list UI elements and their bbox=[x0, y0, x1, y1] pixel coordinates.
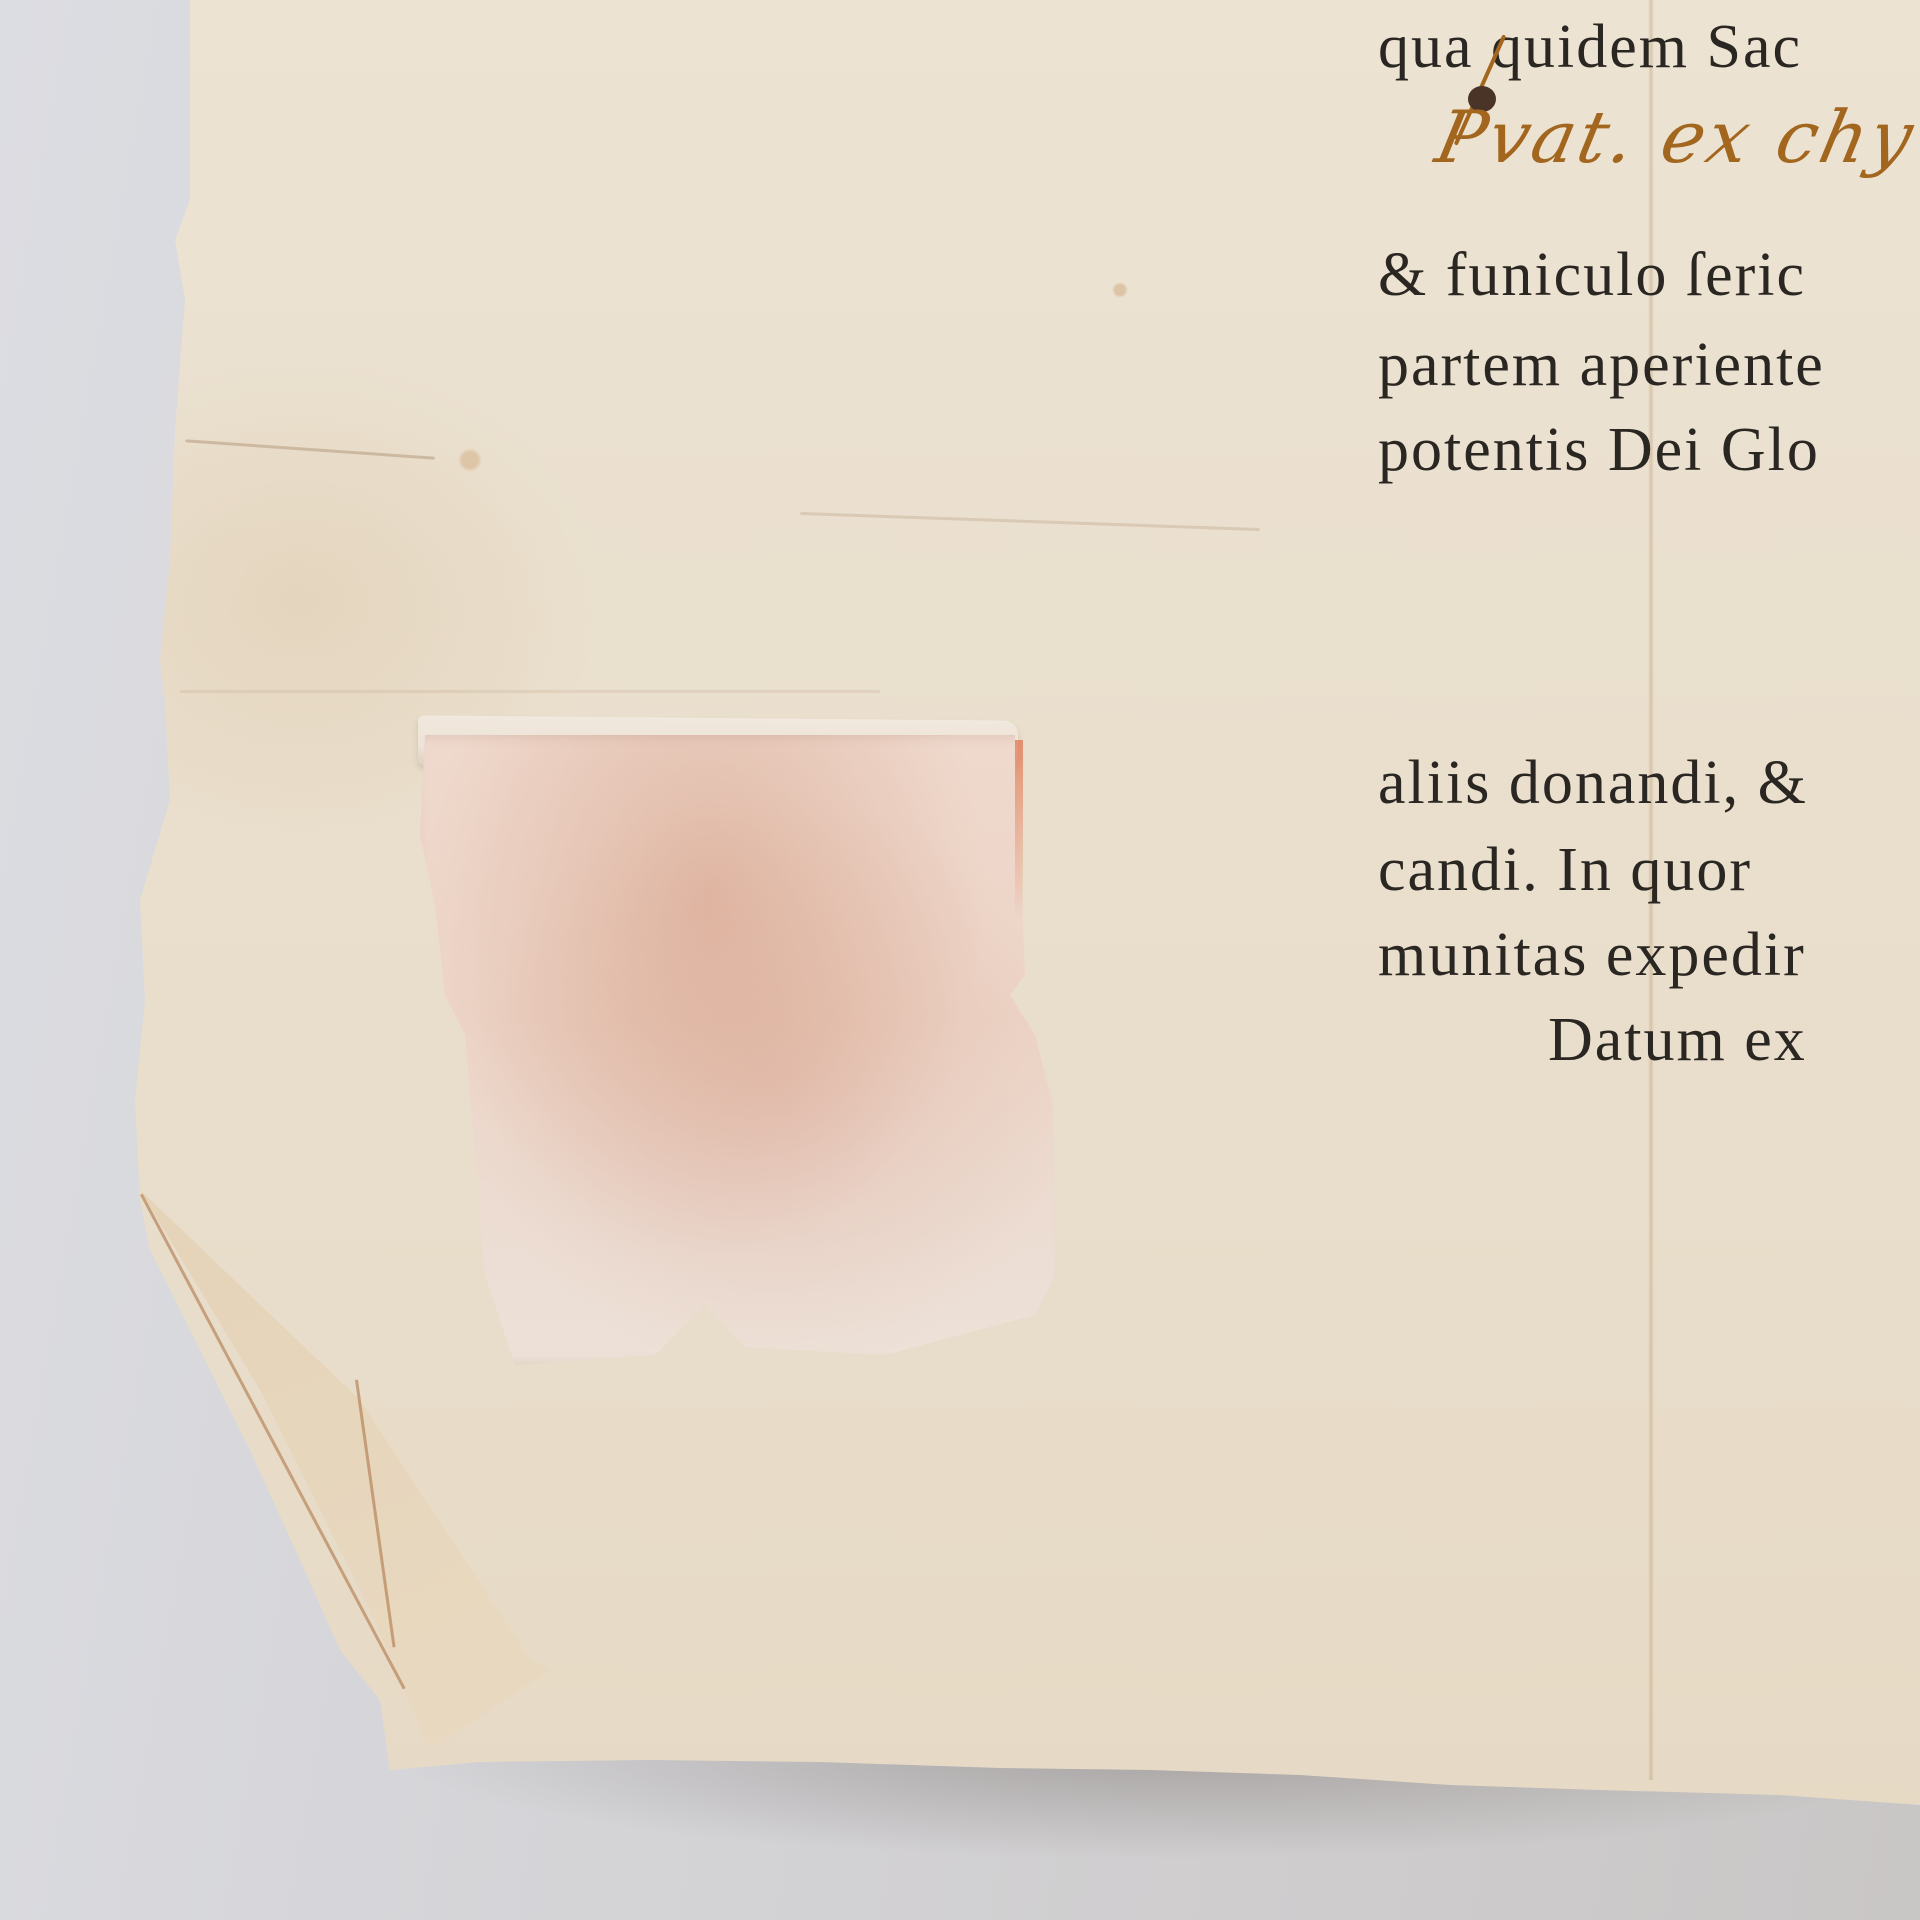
document-paper: qua quidem Sac & funiculo ſeric partem a… bbox=[0, 0, 1920, 1920]
crease-upper bbox=[185, 439, 435, 459]
red-wax-trace bbox=[1015, 740, 1023, 920]
crease-middle bbox=[800, 512, 1260, 531]
text-line: candi. In quor bbox=[1378, 835, 1752, 906]
handwritten-annotation: Pvat. ex chy bbox=[1429, 95, 1920, 179]
text-line: potentis Dei Glo bbox=[1378, 415, 1820, 486]
paper-seal bbox=[415, 735, 1065, 1365]
text-line: aliis donandi, & bbox=[1378, 748, 1808, 819]
text-line: Datum ex bbox=[1548, 1005, 1807, 1076]
text-line: munitas expedir bbox=[1378, 920, 1806, 991]
text-line: & funiculo ſeric bbox=[1378, 240, 1806, 311]
text-line: partem aperiente bbox=[1378, 330, 1825, 401]
text-line: qua quidem Sac bbox=[1378, 12, 1802, 83]
crease-lower bbox=[180, 690, 880, 693]
